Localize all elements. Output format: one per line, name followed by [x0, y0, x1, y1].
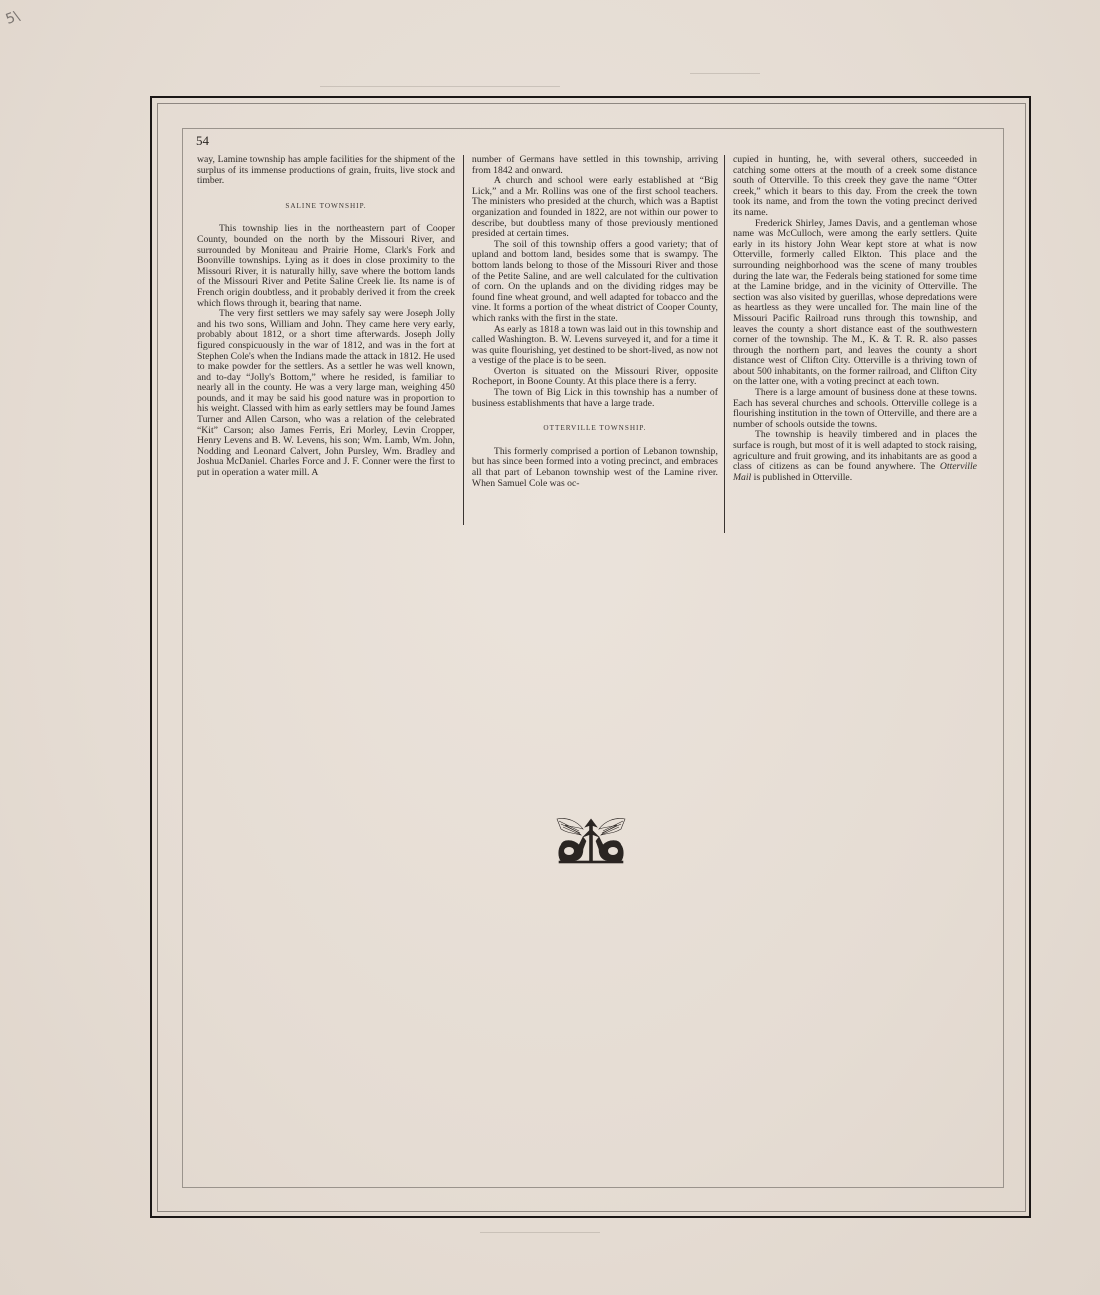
- column-1: way, Lamine township has ample facilitie…: [197, 155, 463, 479]
- paragraph: As early as 1818 a town was laid out in …: [472, 325, 718, 367]
- page-number: 54: [196, 133, 209, 149]
- paragraph: The soil of this township offers a good …: [472, 240, 718, 325]
- column-3: cupied in hunting, he, with several othe…: [725, 155, 977, 483]
- paragraph: The town of Big Lick in this township ha…: [472, 388, 718, 409]
- paragraph: The township is heavily timbered and in …: [733, 430, 977, 483]
- paragraph: Overton is situated on the Missouri Rive…: [472, 367, 718, 388]
- paragraph: This formerly comprised a portion of Leb…: [472, 447, 718, 489]
- column-2: number of Germans have settled in this t…: [464, 155, 724, 489]
- text-columns: way, Lamine township has ample facilitie…: [197, 155, 977, 533]
- winged-griffins-ornament-icon: [553, 815, 629, 867]
- section-heading: Saline Township.: [197, 201, 455, 212]
- section-heading: Otterville Township.: [472, 423, 718, 434]
- paragraph: way, Lamine township has ample facilitie…: [197, 155, 455, 187]
- paragraph: number of Germans have settled in this t…: [472, 155, 718, 176]
- newspaper-title: Otterville Mail: [733, 461, 977, 483]
- paragraph: cupied in hunting, he, with several othe…: [733, 155, 977, 219]
- paragraph: A church and school were early establish…: [472, 176, 718, 240]
- faint-rule: [320, 86, 560, 87]
- faint-rule: [690, 73, 760, 74]
- paragraph: This township lies in the northeastern p…: [197, 224, 455, 309]
- faint-rule: [480, 1232, 600, 1233]
- paragraph: The very first settlers we may safely sa…: [197, 309, 455, 479]
- paragraph: Frederick Shirley, James Davis, and a ge…: [733, 219, 977, 389]
- paragraph: There is a large amount of business done…: [733, 388, 977, 430]
